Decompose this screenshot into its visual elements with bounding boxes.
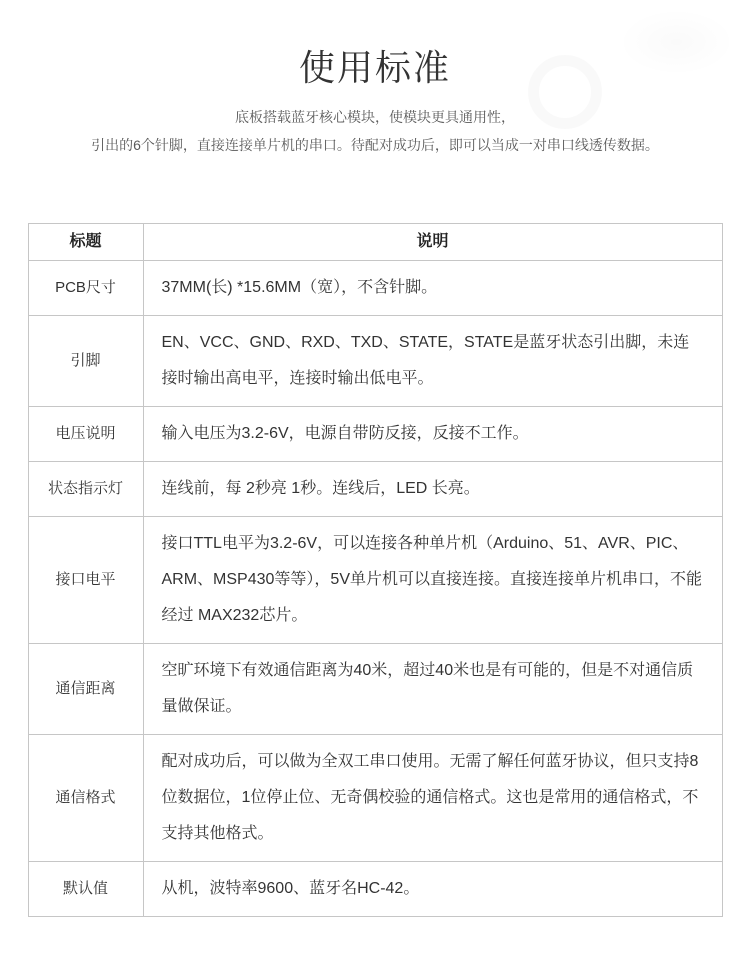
- spec-table: 标题 说明 PCB尺寸 37MM(长) *15.6MM（宽），不含针脚。 引脚 …: [28, 223, 723, 917]
- row-description: EN、VCC、GND、RXD、TXD、STATE，STATE是蓝牙状态引出脚，未…: [143, 316, 722, 407]
- row-label: 引脚: [28, 316, 143, 407]
- row-label: 电压说明: [28, 407, 143, 462]
- table-row-pins: 引脚 EN、VCC、GND、RXD、TXD、STATE，STATE是蓝牙状态引出…: [28, 316, 722, 407]
- row-description: 从机，波特率9600、蓝牙名HC-42。: [143, 862, 722, 917]
- row-description: 输入电压为3.2-6V，电源自带防反接，反接不工作。: [143, 407, 722, 462]
- table-header-row: 标题 说明: [28, 224, 722, 261]
- spec-table-wrap: 标题 说明 PCB尺寸 37MM(长) *15.6MM（宽），不含针脚。 引脚 …: [28, 223, 723, 917]
- row-description: 接口TTL电平为3.2-6V，可以连接各种单片机（Arduino、51、AVR、…: [143, 517, 722, 644]
- watermark-circle-icon: [528, 55, 602, 129]
- table-row-comm-format: 通信格式 配对成功后，可以做为全双工串口使用。无需了解任何蓝牙协议，但只支持8位…: [28, 735, 722, 862]
- row-label: 默认值: [28, 862, 143, 917]
- table-row-pcb-size: PCB尺寸 37MM(长) *15.6MM（宽），不含针脚。: [28, 261, 722, 316]
- row-label: 状态指示灯: [28, 462, 143, 517]
- row-description: 配对成功后，可以做为全双工串口使用。无需了解任何蓝牙协议，但只支持8位数据位，1…: [143, 735, 722, 862]
- table-row-voltage: 电压说明 输入电压为3.2-6V，电源自带防反接，反接不工作。: [28, 407, 722, 462]
- table-header-description: 说明: [143, 224, 722, 261]
- row-description: 37MM(长) *15.6MM（宽），不含针脚。: [143, 261, 722, 316]
- row-label: 通信格式: [28, 735, 143, 862]
- subtitle-line-2: 引出的6个针脚，直接连接单片机的串口。待配对成功后，即可以当成一对串口线透传数据…: [0, 131, 750, 159]
- row-label: 通信距离: [28, 644, 143, 735]
- table-row-comm-distance: 通信距离 空旷环境下有效通信距离为40米，超过40米也是有可能的，但是不对通信质…: [28, 644, 722, 735]
- table-row-defaults: 默认值 从机，波特率9600、蓝牙名HC-42。: [28, 862, 722, 917]
- row-description: 空旷环境下有效通信距离为40米，超过40米也是有可能的，但是不对通信质量做保证。: [143, 644, 722, 735]
- row-label: 接口电平: [28, 517, 143, 644]
- row-label: PCB尺寸: [28, 261, 143, 316]
- product-spec-page: 使用标准 底板搭载蓝牙核心模块，使模块更具通用性， 引出的6个针脚，直接连接单片…: [0, 0, 750, 961]
- table-header-label: 标题: [28, 224, 143, 261]
- table-row-interface-level: 接口电平 接口TTL电平为3.2-6V，可以连接各种单片机（Arduino、51…: [28, 517, 722, 644]
- row-description: 连线前，每 2秒亮 1秒。连线后，LED 长亮。: [143, 462, 722, 517]
- table-row-status-led: 状态指示灯 连线前，每 2秒亮 1秒。连线后，LED 长亮。: [28, 462, 722, 517]
